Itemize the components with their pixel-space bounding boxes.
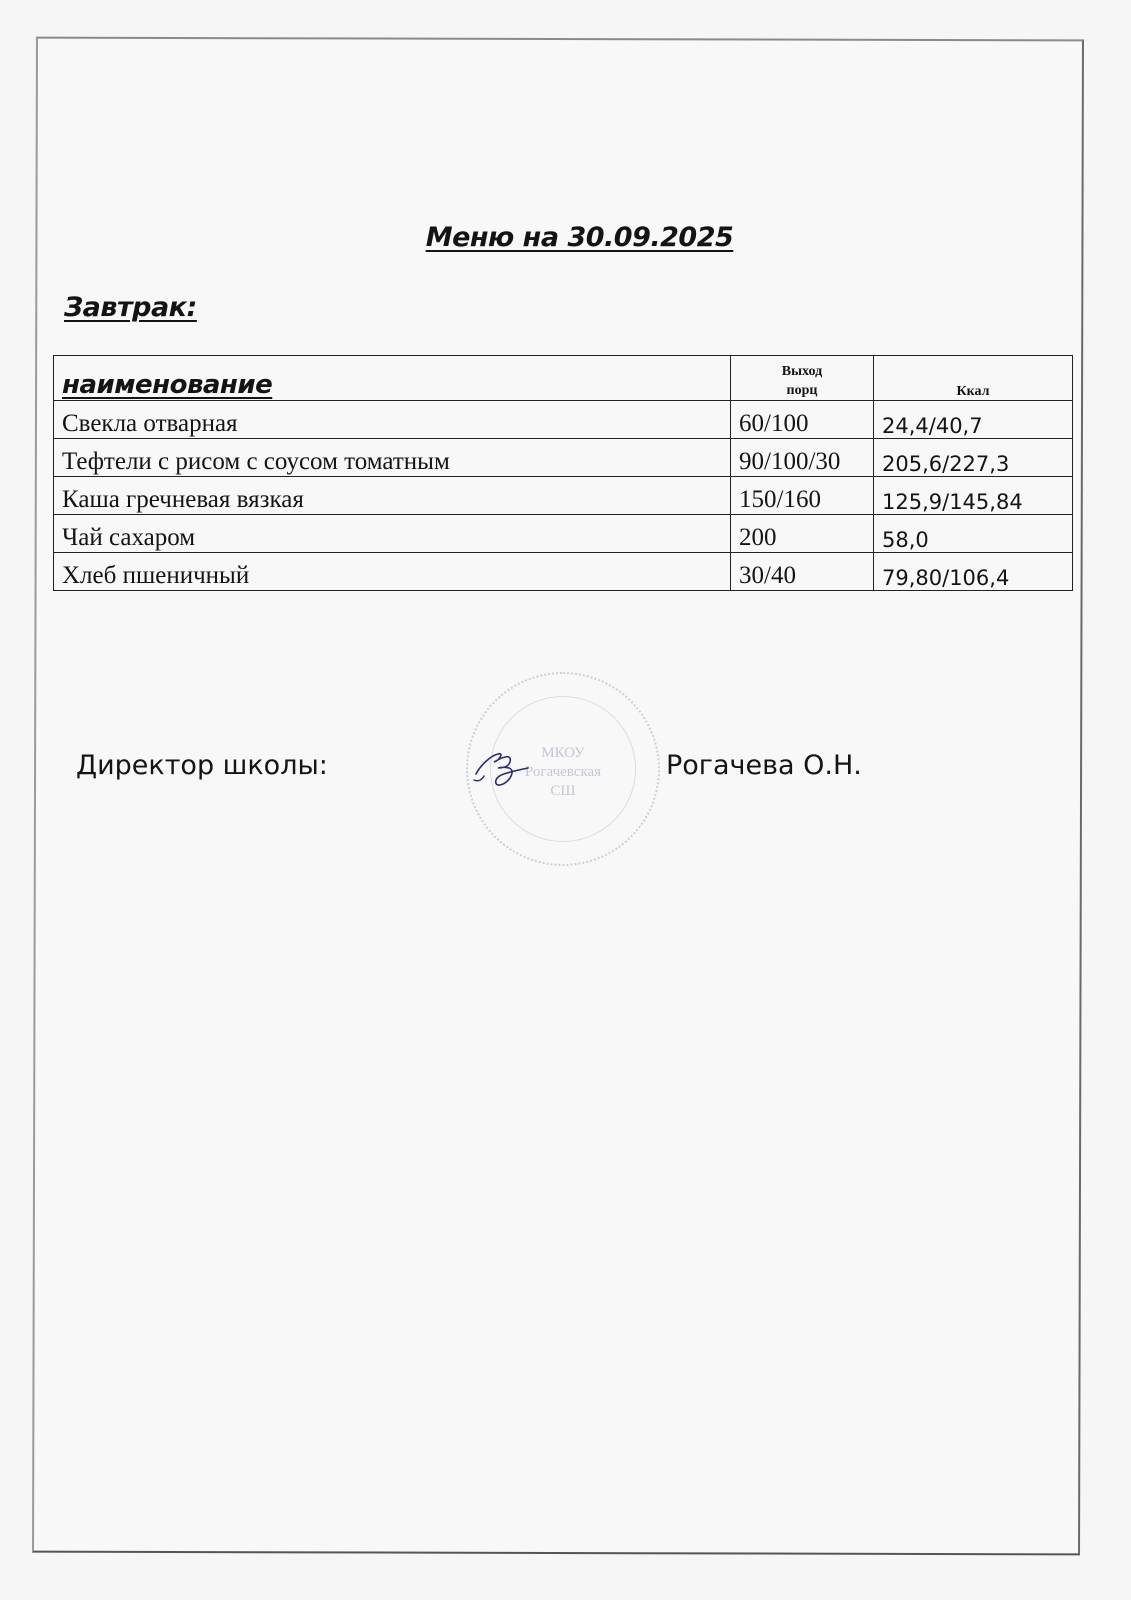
column-header-yield-line2: порц (739, 381, 865, 400)
dish-name: Тефтели с рисом с соусом томатным (54, 439, 731, 477)
table-row: Тефтели с рисом с соусом томатным 90/100… (54, 439, 1073, 477)
table-row: Каша гречневая вязкая 150/160 125,9/145,… (54, 477, 1073, 515)
dish-kcal: 125,9/145,84 (874, 477, 1073, 515)
dish-kcal: 79,80/106,4 (874, 553, 1073, 591)
dish-kcal: 205,6/227,3 (874, 439, 1073, 477)
table-row: Свекла отварная 60/100 24,4/40,7 (54, 401, 1073, 439)
column-header-name-text: наименование (62, 370, 272, 400)
handwritten-signature-icon (470, 738, 532, 794)
column-header-yield-line1: Выход (739, 362, 865, 381)
table-row: Хлеб пшеничный 30/40 79,80/106,4 (54, 553, 1073, 591)
menu-table: наименование Выход порц Ккал Свекла отва… (53, 355, 1073, 591)
director-label: Директор школы: (76, 750, 328, 781)
dish-name: Чай сахаром (54, 515, 731, 553)
dish-yield: 90/100/30 (731, 439, 874, 477)
table-row: Чай сахаром 200 58,0 (54, 515, 1073, 553)
document-title-text: Меню на 30.09.2025 (426, 222, 734, 253)
dish-name: Хлеб пшеничный (54, 553, 731, 591)
dish-kcal: 58,0 (874, 515, 1073, 553)
dish-kcal: 24,4/40,7 (874, 401, 1073, 439)
table-header-row: наименование Выход порц Ккал (54, 356, 1073, 401)
dish-yield: 60/100 (731, 401, 874, 439)
dish-name: Свекла отварная (54, 401, 731, 439)
dish-name: Каша гречневая вязкая (54, 477, 731, 515)
document-title: Меню на 30.09.2025 (0, 222, 1131, 253)
meal-heading: Завтрак: (64, 292, 197, 323)
dish-yield: 30/40 (731, 553, 874, 591)
director-name: Рогачева О.Н. (666, 750, 862, 781)
column-header-yield: Выход порц (731, 356, 874, 401)
dish-yield: 150/160 (731, 477, 874, 515)
column-header-kcal: Ккал (874, 356, 1073, 401)
dish-yield: 200 (731, 515, 874, 553)
column-header-name: наименование (54, 356, 731, 401)
